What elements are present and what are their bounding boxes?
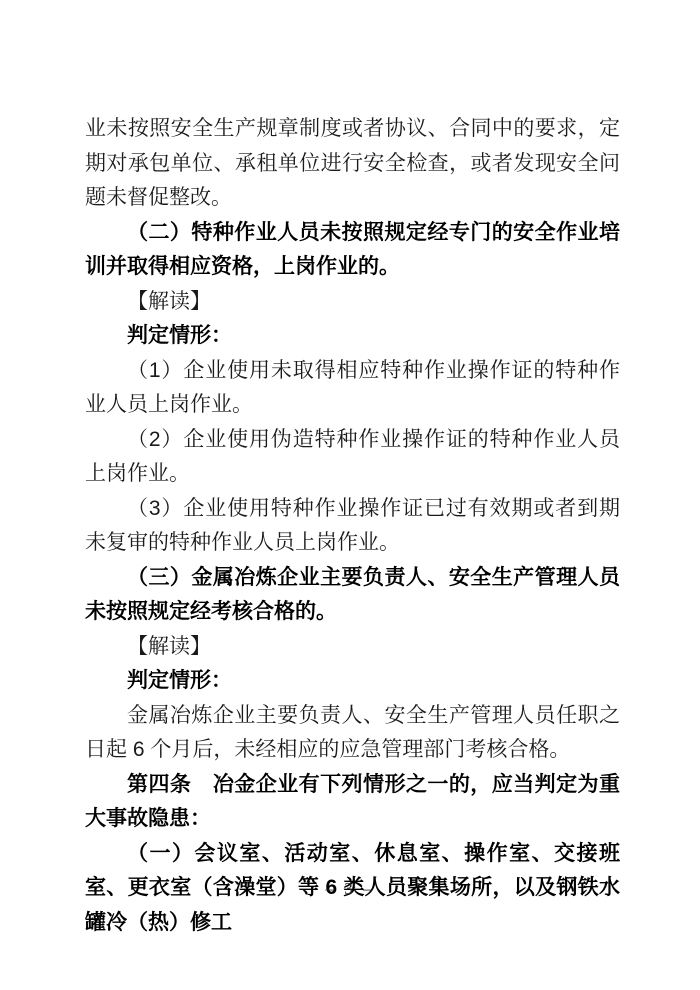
paragraph-9: 【解读】 [85, 630, 620, 665]
paragraph-4: 判定情形： [85, 319, 620, 354]
paragraph-3: 【解读】 [85, 285, 620, 320]
page-number: – 3 – [0, 879, 700, 899]
paragraph-6: （2）企业使用伪造特种作业操作证的特种作业人员上岗作业。 [85, 423, 620, 492]
document-page: 业未按照安全生产规章制度或者协议、合同中的要求，定期对承包单位、承租单位进行安全… [0, 0, 700, 990]
paragraph-5: （1）企业使用未取得相应特种作业操作证的特种作业人员上岗作业。 [85, 354, 620, 423]
paragraph-12: 第四条 冶金企业有下列情形之一的，应当判定为重大事故隐患： [85, 768, 620, 837]
document-body: 业未按照安全生产规章制度或者协议、合同中的要求，定期对承包单位、承租单位进行安全… [85, 112, 620, 940]
paragraph-1: 业未按照安全生产规章制度或者协议、合同中的要求，定期对承包单位、承租单位进行安全… [85, 112, 620, 216]
paragraph-2: （二）特种作业人员未按照规定经专门的安全作业培训并取得相应资格，上岗作业的。 [85, 216, 620, 285]
paragraph-10: 判定情形： [85, 664, 620, 699]
paragraph-8: （三）金属冶炼企业主要负责人、安全生产管理人员未按照规定经考核合格的。 [85, 561, 620, 630]
paragraph-11: 金属冶炼企业主要负责人、安全生产管理人员任职之日起 6 个月后，未经相应的应急管… [85, 699, 620, 768]
paragraph-7: （3）企业使用特种作业操作证已过有效期或者到期未复审的特种作业人员上岗作业。 [85, 492, 620, 561]
